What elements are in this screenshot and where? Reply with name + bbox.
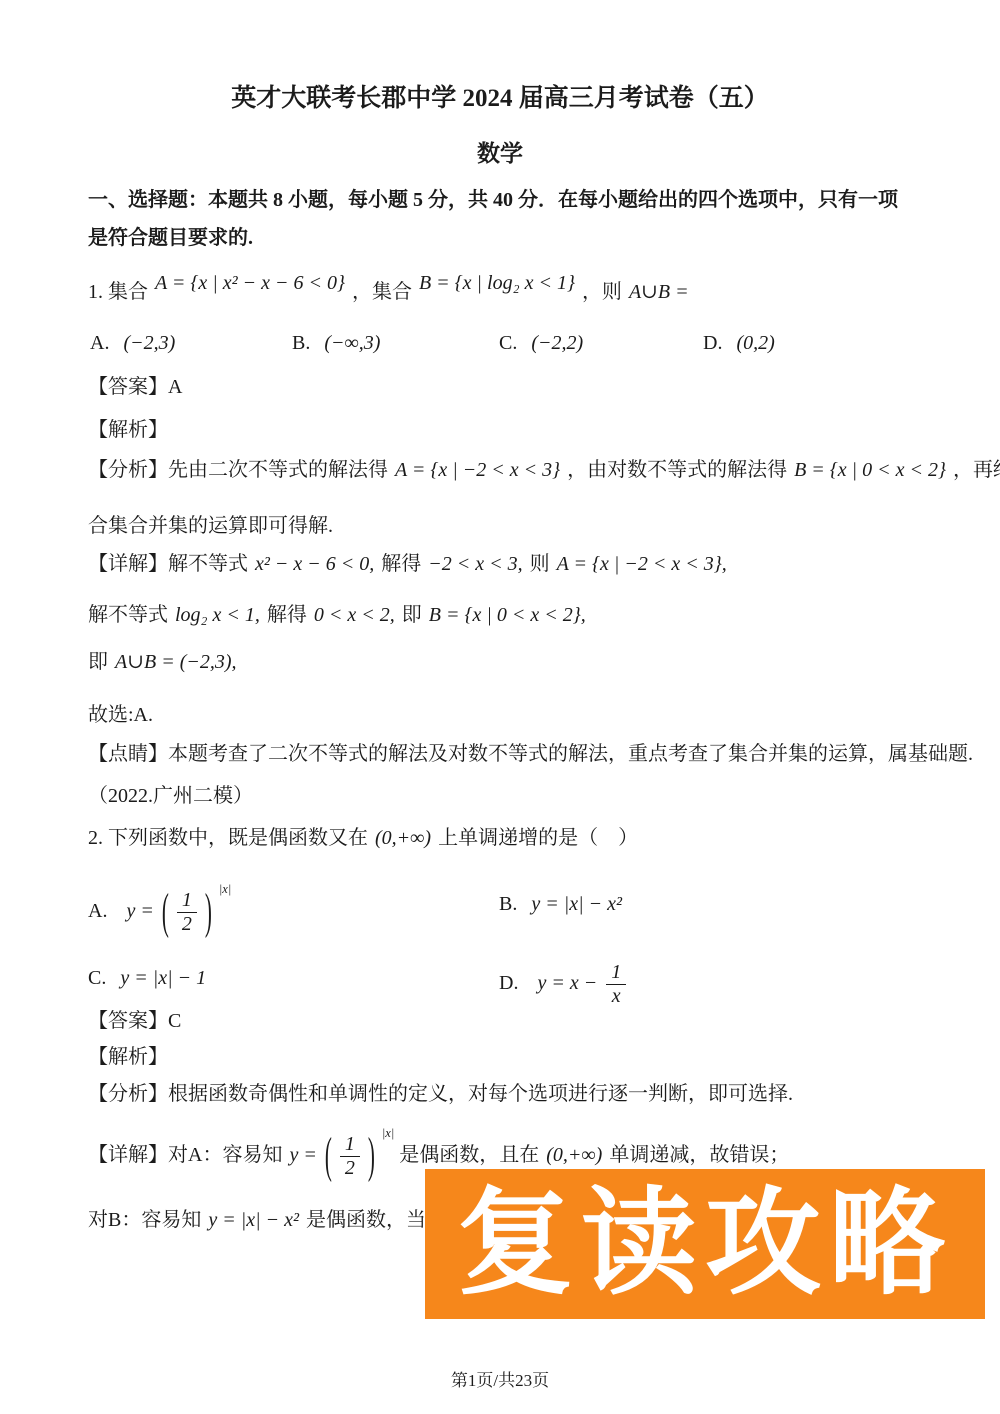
q1-option-a-value: (−2,3): [123, 332, 175, 354]
q1-xj3-math-1: A∪B = (−2,3),: [115, 651, 237, 673]
q1-xj3-text-1: 即: [88, 651, 108, 673]
q2-fenxi-line: 【分析】根据函数奇偶性和单调性的定义，对每个选项进行逐一判断，即可选择.: [88, 1082, 793, 1106]
q2-stem-text-2: 上单调递增的是（ ）: [438, 827, 638, 849]
exam-page: 英才大联考长郡中学 2024 届高三月考试卷（五） 数学 一、选择题：本题共 8…: [0, 0, 1000, 1414]
q2-option-c-label: C.: [88, 967, 106, 989]
q2-xj2-text-2: 是偶函数，当: [306, 1209, 426, 1231]
q1-option-c-label: C.: [499, 332, 517, 354]
q2-answer-value: C: [168, 1010, 181, 1032]
q1-xj1-text-1: 【详解】解不等式: [88, 553, 248, 575]
q2-option-a-pre: y =: [126, 900, 153, 922]
q1-fenxi-set-a: A = {x | −2 < x < 3}: [395, 459, 560, 481]
q1-option-c: C.(−2,2): [499, 331, 585, 355]
right-paren: ): [205, 883, 212, 942]
q1-option-b-label: B.: [292, 332, 310, 354]
q2-xj1-interval: (0,+∞): [546, 1144, 602, 1166]
q1-answer-value: A: [168, 376, 182, 398]
q2-option-b: B.y = |x| − x²: [499, 892, 624, 916]
q1-stem-set-a: A = {x | x² − x − 6 < 0}: [155, 271, 345, 295]
q1-xj1-text-2: 解得: [381, 553, 421, 575]
q1-fenxi-text-1: 【分析】先由二次不等式的解法得: [88, 459, 388, 481]
q2-xj1-text-3: 单调递减，故错误；: [609, 1144, 789, 1166]
q1-xj2-math-2: 0 < x < 2,: [314, 604, 395, 626]
q1-stem-text-1: 1. 集合: [88, 281, 148, 303]
right-paren: ): [368, 1127, 375, 1186]
fraction-denominator: 2: [340, 1157, 360, 1179]
q2-option-a: A. y = ( 12 ) |x|: [88, 890, 231, 935]
q1-option-b: B.(−∞,3): [292, 331, 382, 355]
q1-fenxi-line1: 【分析】先由二次不等式的解法得 A = {x | −2 < x < 3} ，由对…: [88, 458, 1000, 482]
q2-option-b-label: B.: [499, 893, 517, 915]
q1-xj2-math-3: B = {x | 0 < x < 2},: [429, 604, 586, 626]
q2-xj1-exponent: |x|: [382, 1126, 394, 1140]
q2-xj2-text-1: 对B：容易知: [88, 1209, 201, 1231]
q1-option-d: D.(0,2): [703, 331, 777, 355]
q1-answer-label: 【答案】: [88, 376, 168, 398]
q1-fenxi-set-b: B = {x | 0 < x < 2}: [794, 459, 946, 481]
left-paren: (: [325, 1127, 332, 1186]
q2-option-a-exponent: |x|: [219, 882, 231, 896]
q2-xj2-math-1: y = |x| − x²: [208, 1209, 299, 1231]
subject-title: 数学: [0, 140, 1000, 168]
q2-xj1-text-2: 是偶函数，且在: [399, 1144, 539, 1166]
q1-xj2-math-1: log₂ x < 1,: [175, 604, 260, 626]
q1-option-b-value: (−∞,3): [324, 332, 380, 354]
q2-option-a-fraction: 12: [177, 890, 197, 935]
q2-stem-text-1: 2. 下列函数中，既是偶函数又在: [88, 827, 368, 849]
q2-xj1-fraction: 12: [340, 1134, 360, 1179]
q1-stem-union: A∪B =: [629, 281, 689, 303]
q2-xj1-pre: y =: [289, 1144, 316, 1166]
fraction-numerator: 1: [177, 890, 197, 913]
q1-xj1-math-1: x² − x − 6 < 0,: [255, 553, 374, 575]
q1-xiangjie-line2: 解不等式 log₂ x < 1, 解得 0 < x < 2, 即 B = {x …: [88, 603, 588, 627]
q1-jiexi-line: 【解析】: [88, 418, 168, 442]
q1-stem-text-3: ，则: [582, 281, 622, 303]
q1-option-d-label: D.: [703, 332, 722, 354]
q1-guxuan-line: 故选:A.: [88, 703, 153, 727]
q1-fenxi-text-2: ，由对数不等式的解法得: [567, 459, 787, 481]
watermark-text: 复读攻略: [457, 1186, 953, 1302]
q2-answer-line: 【答案】C: [88, 1009, 181, 1033]
q2-answer-label: 【答案】: [88, 1010, 168, 1032]
q2-jiexi-line: 【解析】: [88, 1045, 168, 1069]
q1-option-a-label: A.: [90, 332, 109, 354]
q2-option-c-value: y = |x| − 1: [120, 967, 206, 989]
section-heading-line1: 一、选择题：本题共 8 小题，每小题 5 分，共 40 分．在每小题给出的四个选…: [88, 188, 898, 212]
q1-option-d-value: (0,2): [736, 332, 774, 354]
q1-fenxi-line2: 合集合并集的运算即可得解.: [88, 514, 333, 538]
q1-dianjing-line: 【点睛】本题考查了二次不等式的解法及对数不等式的解法，重点考查了集合并集的运算，…: [88, 742, 973, 766]
q1-xj2-text-1: 解不等式: [88, 604, 168, 626]
q1-stem-set-b: B = {x | log₂ x < 1}: [419, 271, 575, 295]
q2-stem-interval: (0,+∞): [375, 827, 431, 849]
q2-option-a-label: A.: [88, 900, 107, 922]
left-paren: (: [162, 883, 169, 942]
page-title: 英才大联考长郡中学 2024 届高三月考试卷（五）: [0, 84, 1000, 114]
q1-option-a: A.(−2,3): [90, 331, 177, 355]
q1-source-line: （2022.广州二模）: [88, 784, 253, 808]
watermark-banner: 复读攻略: [425, 1169, 985, 1319]
fraction-numerator: 1: [606, 962, 626, 985]
q2-option-d: D. y = x − 1x: [499, 962, 628, 1007]
q1-xiangjie-line1: 【详解】解不等式 x² − x − 6 < 0, 解得 −2 < x < 3, …: [88, 552, 729, 576]
q2-option-b-value: y = |x| − x²: [531, 893, 622, 915]
q1-xj1-text-3: 则: [530, 553, 550, 575]
question1-stem: 1. 集合 A = {x | x² − x − 6 < 0} ，集合 B = {…: [88, 280, 691, 304]
fraction-denominator: x: [606, 985, 626, 1007]
section-heading-line2: 是符合题目要求的.: [88, 226, 253, 250]
q1-answer-line: 【答案】A: [88, 375, 182, 399]
q2-option-d-label: D.: [499, 972, 518, 994]
q2-xj1-text-1: 【详解】对A：容易知: [88, 1144, 282, 1166]
q1-xj2-text-3: 即: [402, 604, 422, 626]
fraction-denominator: 2: [177, 913, 197, 935]
q1-xj1-math-3: A = {x | −2 < x < 3},: [557, 553, 727, 575]
question2-stem: 2. 下列函数中，既是偶函数又在 (0,+∞) 上单调递增的是（ ）: [88, 826, 638, 850]
q1-xj1-math-2: −2 < x < 3,: [428, 553, 522, 575]
q2-option-d-fraction: 1x: [606, 962, 626, 1007]
q1-xiangjie-line3: 即 A∪B = (−2,3),: [88, 650, 239, 674]
fraction-numerator: 1: [340, 1134, 360, 1157]
q2-xiangjie-line2: 对B：容易知 y = |x| − x² 是偶函数，当 x >: [88, 1208, 462, 1232]
q1-option-c-value: (−2,2): [531, 332, 583, 354]
page-footer: 第1页/共23页: [0, 1366, 1000, 1391]
q1-xj2-text-2: 解得: [267, 604, 307, 626]
q1-fenxi-text-3: ，再结: [953, 459, 1000, 481]
q2-option-d-pre: y = x −: [537, 972, 597, 994]
q1-stem-text-2: ，集合: [352, 281, 412, 303]
q2-option-c: C.y = |x| − 1: [88, 966, 208, 990]
